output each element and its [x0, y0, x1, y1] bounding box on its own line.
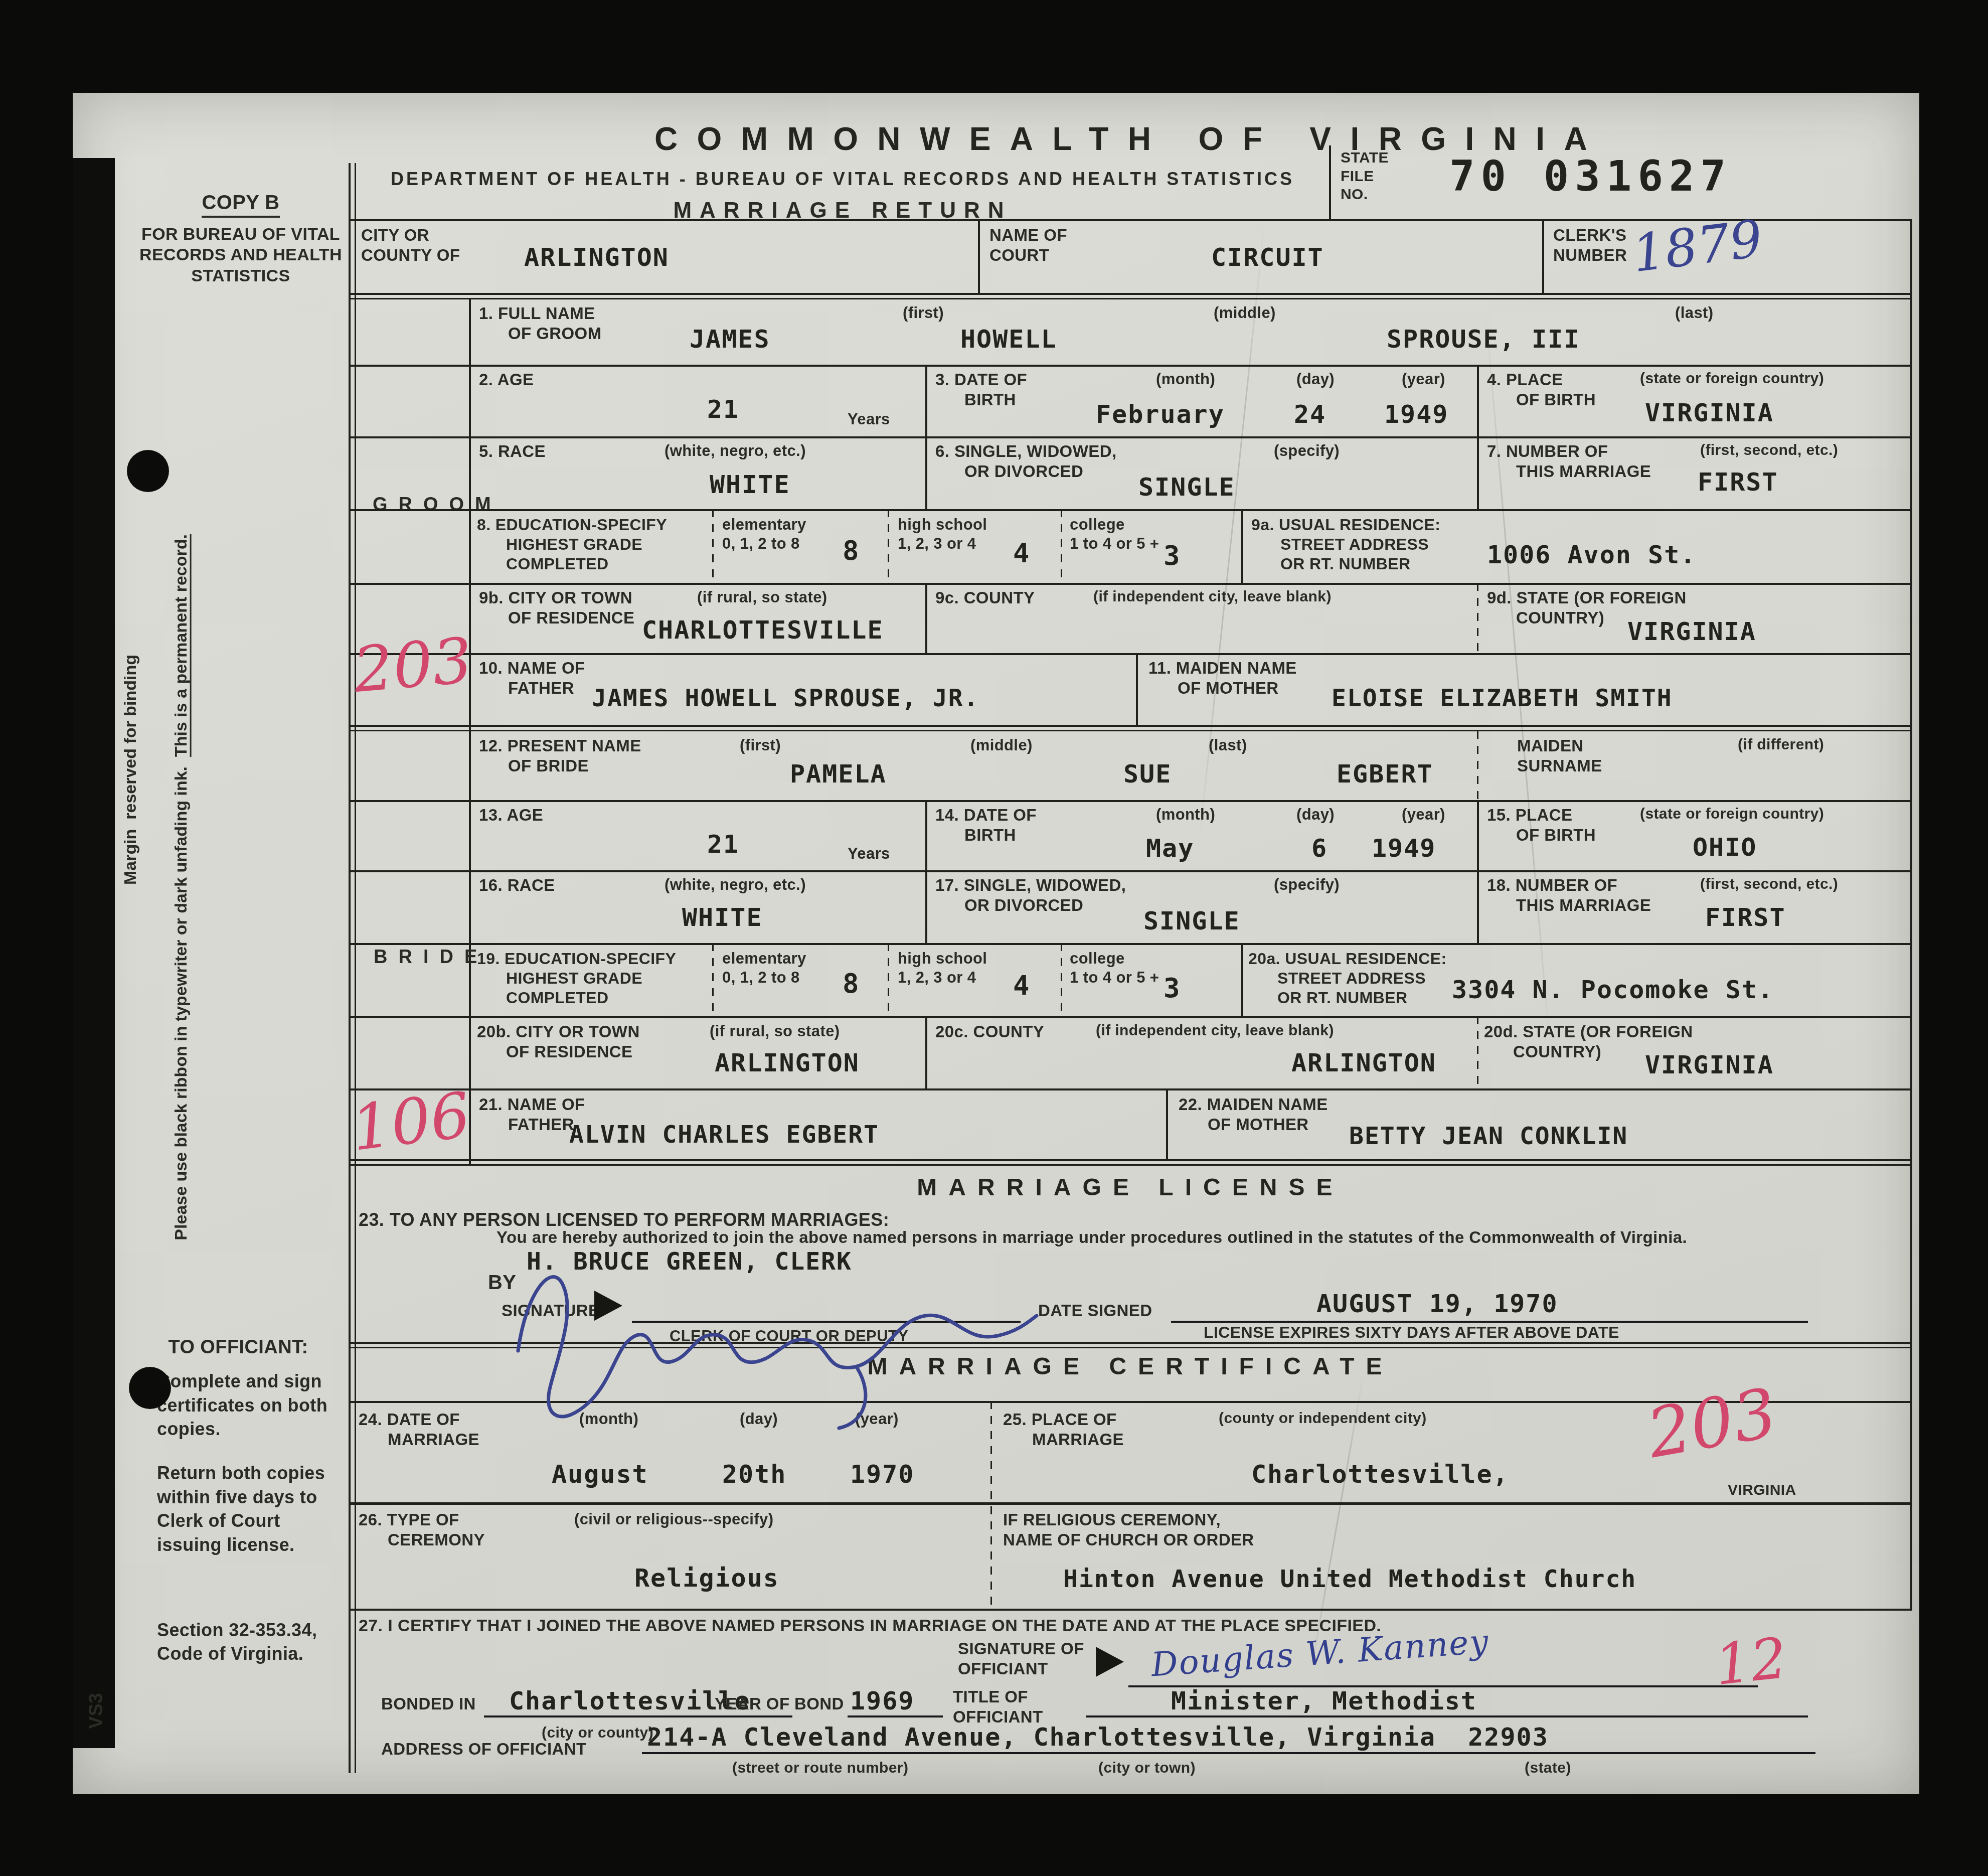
groom-state-value: VIRGINIA [1627, 618, 1756, 645]
cell-divider-dashed [1061, 943, 1062, 1016]
groom-race-hint: (white, negro, etc.) [665, 441, 806, 460]
bride-maiden-label: MAIDEN SURNAME [1517, 736, 1602, 776]
bride-highschool-label: high school 1, 2, 3 or 4 [898, 949, 987, 987]
groom-status-label: 6. SINGLE, WIDOWED, OR DIVORCED [935, 441, 1116, 482]
bride-state-value: VIRGINIA [1645, 1052, 1774, 1078]
groom-last-label: (last) [1675, 303, 1713, 323]
cell-divider [1477, 870, 1479, 943]
cert-margin-number: 203 [1642, 1379, 1781, 1468]
row-rule [349, 1609, 1912, 1611]
bride-elementary-label: elementary 0, 1, 2 to 8 [722, 949, 806, 987]
row-rule [349, 1016, 1912, 1018]
officiant-arrow-icon [1096, 1647, 1124, 1677]
groom-dob-year: 1949 [1384, 401, 1448, 428]
form-left-border [349, 163, 351, 1773]
groom-marriage-no-value: FIRST [1698, 469, 1778, 496]
groom-last-value: SPROUSE, III [1387, 326, 1580, 353]
margin-binding-note: Margin reserved for binding [121, 655, 140, 885]
officiant-address-label: ADDRESS OF OFFICIANT [381, 1739, 587, 1759]
cert-ceremony-value: Religious [634, 1565, 779, 1592]
bride-first-value: PAMELA [790, 761, 887, 788]
state-file-number: 70 031627 [1449, 154, 1732, 198]
groom-residence-label: 9a. USUAL RESIDENCE: STREET ADDRESS OR R… [1251, 515, 1440, 574]
bride-middle-label: (middle) [970, 736, 1033, 755]
groom-first-label: (first) [903, 303, 944, 323]
groom-dob-month: February [1096, 401, 1225, 428]
clerk-number-value: 1879 [1630, 214, 1765, 280]
groom-city-value: CHARLOTTESVILLE [642, 617, 884, 644]
groom-first-value: JAMES [690, 326, 770, 353]
bride-day-label: (day) [1296, 805, 1335, 824]
groom-highschool-label: high school 1, 2, 3 or 4 [898, 515, 987, 553]
address-city-hint: (city or town) [1098, 1759, 1196, 1778]
cell-divider [1241, 943, 1243, 1016]
groom-name-label: 1. FULL NAME OF GROOM [479, 303, 602, 344]
bride-race-value: WHITE [682, 904, 763, 931]
groom-elementary-label: elementary 0, 1, 2 to 8 [722, 515, 806, 553]
officiant-address-line [642, 1752, 1815, 1754]
groom-pob-hint: (state or foreign country) [1640, 370, 1824, 388]
row-rule [349, 1088, 1912, 1090]
bride-middle-value: SUE [1123, 761, 1172, 788]
row-rule [349, 653, 1912, 655]
groom-county-hint: (if independent city, leave blank) [1093, 588, 1332, 606]
bond-year-value: 1969 [850, 1688, 914, 1714]
cell-divider-dashed [1477, 731, 1478, 800]
cell-divider [925, 365, 927, 436]
bride-city-hint: (if rural, so state) [710, 1022, 840, 1041]
officiant-address-value: 214-A Cleveland Avenue, Charlottesville,… [647, 1724, 1549, 1751]
row-rule [349, 1502, 1912, 1505]
groom-mother-value: ELOISE ELIZABETH SMITH [1332, 686, 1673, 711]
bride-highschool-value: 4 [1013, 972, 1031, 1000]
bonded-in-label: BONDED IN [381, 1694, 476, 1714]
row-rule [349, 1159, 1912, 1161]
bride-city-label: 20b. CITY OR TOWN OF RESIDENCE [477, 1022, 640, 1062]
row-rule [349, 365, 1912, 367]
cert-date-label: 24. DATE OF MARRIAGE [359, 1410, 479, 1450]
bride-father-value: ALVIN CHARLES EGBERT [569, 1122, 879, 1147]
to-officiant-note-2: Return both copies within five days to C… [157, 1461, 348, 1556]
groom-race-value: WHITE [710, 472, 790, 498]
groom-college-value: 3 [1164, 542, 1181, 570]
bride-college-label: college 1 to 4 or 5 + [1070, 949, 1159, 987]
groom-pob-label: 4. PLACE OF BIRTH [1487, 370, 1596, 410]
copy-for-note: FOR BUREAU OF VITAL RECORDS AND HEALTH S… [130, 224, 351, 286]
cell-divider [1241, 509, 1243, 583]
cell-divider-dashed [1061, 509, 1062, 583]
cell-divider [925, 1016, 927, 1088]
cell-divider [925, 870, 927, 943]
clerk-divider [1542, 219, 1544, 294]
groom-father-label: 10. NAME OF FATHER [479, 658, 585, 699]
bride-race-hint: (white, negro, etc.) [665, 875, 806, 894]
groom-mother-label: 11. MAIDEN NAME OF MOTHER [1148, 658, 1297, 699]
address-state-hint: (state) [1525, 1759, 1571, 1778]
cell-divider-dashed [888, 943, 889, 1016]
bride-status-hint: (specify) [1274, 875, 1340, 894]
form-right-border [1910, 219, 1912, 1609]
groom-marriage-no-hint: (first, second, etc.) [1700, 441, 1838, 460]
bride-first-label: (first) [740, 736, 781, 755]
row-rule [349, 870, 1912, 872]
cert-ceremony-label: 26. TYPE OF CEREMONY [359, 1510, 485, 1550]
bride-dob-label: 14. DATE OF BIRTH [935, 805, 1037, 846]
cert-date-day: 20th [722, 1461, 786, 1488]
bride-last-value: EGBERT [1337, 761, 1433, 788]
bride-county-hint: (if independent city, leave blank) [1096, 1022, 1334, 1040]
groom-status-hint: (specify) [1274, 441, 1340, 460]
cell-divider-dashed [712, 509, 714, 583]
scan-background: COPY B FOR BUREAU OF VITAL RECORDS AND H… [0, 0, 1988, 1876]
groom-middle-label: (middle) [1214, 303, 1276, 323]
officiant-title-value: Minister, Methodist [1171, 1688, 1477, 1714]
groom-margin-number: 203 [351, 630, 475, 702]
county-value: ARLINGTON [524, 244, 669, 271]
cell-divider-dashed [888, 509, 889, 583]
groom-middle-value: HOWELL [960, 326, 1057, 353]
copy-label: COPY B [143, 191, 339, 215]
cell-divider [1166, 1088, 1168, 1160]
cell-divider [1477, 365, 1479, 436]
cell-divider [925, 436, 927, 509]
groom-section-label: GROOM [373, 493, 502, 516]
groom-month-label: (month) [1156, 370, 1215, 389]
groom-city-label: 9b. CITY OR TOWN OF RESIDENCE [479, 588, 634, 629]
bride-county-value: ARLINGTON [1291, 1050, 1436, 1076]
groom-education-label: 8. EDUCATION-SPECIFY HIGHEST GRADE COMPL… [477, 515, 667, 574]
bride-pob-hint: (state or foreign country) [1640, 805, 1824, 824]
to-officiant-note-1: Complete and sign certificates on both c… [157, 1369, 348, 1441]
form-code: VS3 [86, 1693, 107, 1729]
state-file-label: STATE FILE NO. [1341, 149, 1389, 204]
bride-residence-label: 20a. USUAL RESIDENCE: STREET ADDRESS OR … [1248, 949, 1446, 1008]
bride-city-value: ARLINGTON [715, 1050, 860, 1076]
bride-county-label: 20c. COUNTY [935, 1022, 1044, 1042]
bride-maiden-hint: (if different) [1738, 736, 1824, 754]
cert-church-label: IF RELIGIOUS CEREMONY, NAME OF CHURCH OR… [1003, 1510, 1254, 1550]
bride-dob-day: 6 [1311, 835, 1328, 862]
double-rule [349, 293, 1912, 295]
department-subtitle: DEPARTMENT OF HEALTH - BUREAU OF VITAL R… [359, 168, 1327, 190]
officiant-title-line [1086, 1715, 1808, 1717]
punch-hole-top [127, 450, 169, 492]
groom-college-label: college 1 to 4 or 5 + [1070, 515, 1159, 553]
bond-year-line [848, 1715, 943, 1717]
to-officiant-title: TO OFFICIANT: [138, 1336, 339, 1359]
bride-mother-value: BETTY JEAN CONKLIN [1349, 1124, 1628, 1149]
row-rule [349, 800, 1912, 802]
bride-years-label: Years [848, 844, 890, 863]
groom-years-label: Years [848, 410, 890, 429]
bride-name-label: 12. PRESENT NAME OF BRIDE [479, 736, 641, 776]
bride-dob-month: May [1146, 835, 1194, 862]
court-divider [978, 219, 980, 294]
form-left-border [355, 163, 356, 1773]
officiant-title-label: TITLE OF OFFICIANT [953, 1687, 1043, 1728]
groom-status-value: SINGLE [1138, 474, 1235, 501]
groom-city-hint: (if rural, so state) [697, 588, 827, 607]
bride-section-label: BRIDE [374, 946, 488, 969]
groom-county-label: 9c. COUNTY [935, 588, 1036, 608]
bride-month-label: (month) [1156, 805, 1215, 824]
bride-last-label: (last) [1209, 736, 1247, 755]
bride-dob-year: 1949 [1372, 835, 1436, 862]
cell-divider [925, 583, 927, 653]
license-expires-note: LICENSE EXPIRES SIXTY DAYS AFTER ABOVE D… [1204, 1323, 1619, 1342]
groom-elementary-value: 8 [843, 537, 860, 565]
officiant-signature-label: SIGNATURE OF OFFICIANT [958, 1639, 1084, 1679]
cert-certify-text: 27. I CERTIFY THAT I JOINED THE ABOVE NA… [359, 1616, 1381, 1636]
copy-label-text: COPY B [202, 192, 279, 218]
row-rule [349, 725, 1912, 727]
cell-divider-dashed [990, 1401, 992, 1609]
cert-place-hint: (county or independent city) [1219, 1410, 1427, 1428]
section-label-divider [469, 298, 471, 1165]
cell-divider-dashed [1477, 1016, 1478, 1088]
bride-residence-value: 3304 N. Pocomoke St. [1452, 977, 1774, 1003]
row-rule [349, 730, 1912, 731]
groom-age-value: 21 [707, 396, 739, 423]
state-file-divider [1329, 145, 1331, 220]
bride-status-label: 17. SINGLE, WIDOWED, OR DIVORCED [935, 875, 1126, 916]
groom-residence-value: 1006 Avon St. [1487, 542, 1696, 568]
row-rule [349, 943, 1912, 945]
cert-date-year: 1970 [850, 1461, 914, 1488]
crease-mark [1484, 305, 1552, 1055]
cell-divider-dashed [712, 943, 714, 1016]
cert-ceremony-hint: (civil or religious--specify) [574, 1510, 773, 1529]
bride-college-value: 3 [1164, 974, 1181, 1003]
cell-divider [925, 800, 927, 870]
clerk-number-label: CLERK'S NUMBER [1553, 225, 1627, 266]
address-street-hint: (street or route number) [732, 1759, 908, 1778]
ink-note: Please use black ribbon in typewriter or… [172, 766, 191, 1240]
cell-divider-dashed [1477, 583, 1478, 653]
bride-pob-value: OHIO [1693, 834, 1757, 861]
bond-year-label: YEAR OF BOND [715, 1694, 844, 1714]
court-value: CIRCUIT [1211, 244, 1324, 271]
bride-marriage-no-hint: (first, second, etc.) [1700, 875, 1838, 894]
binding-strip [73, 158, 115, 1748]
row-rule [349, 583, 1912, 585]
groom-age-label: 2. AGE [479, 370, 545, 390]
officiant-margin-number: 12 [1713, 1630, 1789, 1693]
bonded-in-line [484, 1715, 792, 1717]
cert-church-value: Hinton Avenue United Methodist Church [1063, 1567, 1636, 1592]
double-rule [349, 298, 1912, 299]
bride-pob-label: 15. PLACE OF BIRTH [1487, 805, 1596, 846]
groom-pob-value: VIRGINIA [1645, 400, 1774, 426]
groom-dob-day: 24 [1294, 401, 1326, 428]
bride-margin-number: 106 [348, 1084, 473, 1160]
bride-status-value: SINGLE [1143, 908, 1240, 934]
bride-age-label: 13. AGE [479, 805, 545, 825]
cert-place-state: VIRGINIA [1728, 1481, 1796, 1500]
cell-divider [1477, 800, 1479, 870]
groom-father-value: JAMES HOWELL SPROUSE, JR. [592, 686, 979, 711]
bride-age-value: 21 [707, 831, 739, 858]
row-rule [349, 436, 1912, 438]
county-label: CITY OR COUNTY OF [361, 225, 460, 266]
bride-marriage-no-label: 18. NUMBER OF THIS MARRIAGE [1487, 875, 1651, 916]
groom-day-label: (day) [1296, 370, 1335, 389]
bride-year-label: (year) [1402, 805, 1445, 824]
bride-race-label: 16. RACE [479, 875, 556, 895]
groom-marriage-no-label: 7. NUMBER OF THIS MARRIAGE [1487, 441, 1651, 482]
row-rule [349, 1164, 1912, 1166]
license-date-signed-value: AUGUST 19, 1970 [1316, 1291, 1558, 1317]
clerk-signature-script [504, 1221, 1056, 1432]
cell-divider [1477, 436, 1479, 509]
groom-highschool-value: 4 [1013, 539, 1031, 568]
groom-year-label: (year) [1402, 370, 1445, 389]
cell-divider [1136, 653, 1138, 726]
bride-elementary-value: 8 [843, 970, 860, 998]
license-title: MARRIAGE LICENSE [349, 1174, 1912, 1201]
permanent-note: This is a permanent record. [172, 534, 191, 757]
row-rule [349, 509, 1912, 511]
groom-dob-label: 3. DATE OF BIRTH [935, 370, 1027, 410]
ink-permanent-note: Please use black ribbon in typewriter or… [152, 534, 211, 1259]
code-reference: Section 32-353.34, Code of Virginia. [157, 1619, 353, 1666]
marriage-return-document: COPY B FOR BUREAU OF VITAL RECORDS AND H… [73, 93, 1919, 1794]
bride-education-label: 19. EDUCATION-SPECIFY HIGHEST GRADE COMP… [477, 949, 676, 1008]
punch-hole-bottom [129, 1367, 171, 1409]
cert-place-value: Charlottesville, [1251, 1461, 1509, 1488]
bride-mother-label: 22. MAIDEN NAME OF MOTHER [1179, 1095, 1328, 1135]
bride-marriage-no-value: FIRST [1705, 904, 1786, 931]
court-label: NAME OF COURT [989, 225, 1067, 266]
groom-race-label: 5. RACE [479, 441, 556, 461]
cert-date-month: August [552, 1461, 648, 1488]
